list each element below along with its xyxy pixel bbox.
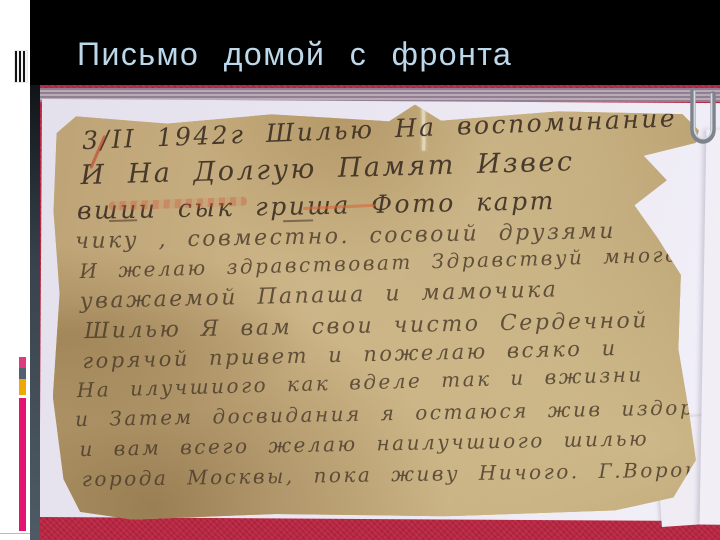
letter-line: уважаемой Папаша и мамочика [80,277,559,314]
photo-shadow-edge [30,85,40,540]
rail-divider [0,533,30,534]
slide-marker-pink[interactable] [19,357,26,368]
letter-photograph: 3/II 1942г Шилью На воспоминание И На До… [30,85,720,540]
slide-marker-magenta[interactable] [19,398,26,531]
slide-marker-slate[interactable] [19,368,26,379]
slide-marker-amber[interactable] [19,379,26,395]
paperclip-icon [686,90,720,154]
slide-title: Письмо домой с фронта [77,36,512,73]
slide-canvas: Письмо домой с фронта 3/II 1942г Шилью Н… [30,0,720,540]
letter-line: и вам всего желаю наилучшиого шилью [79,426,649,461]
letter-line: И На Долгую Памят Извес [80,146,575,191]
viewer-side-rail [0,0,30,540]
letter-line: и Затем досвидания я остаюся жив издоро [75,395,710,431]
letter-line: города Москвы, пока живу Ничого. Г.Ворон [82,457,701,491]
handwritten-letter: 3/II 1942г Шилью На воспоминание И На До… [50,102,706,521]
ink-underline [283,219,313,222]
slide-stripes-icon[interactable] [15,51,27,82]
presentation-viewport: Письмо домой с фронта 3/II 1942г Шилью Н… [0,0,720,540]
